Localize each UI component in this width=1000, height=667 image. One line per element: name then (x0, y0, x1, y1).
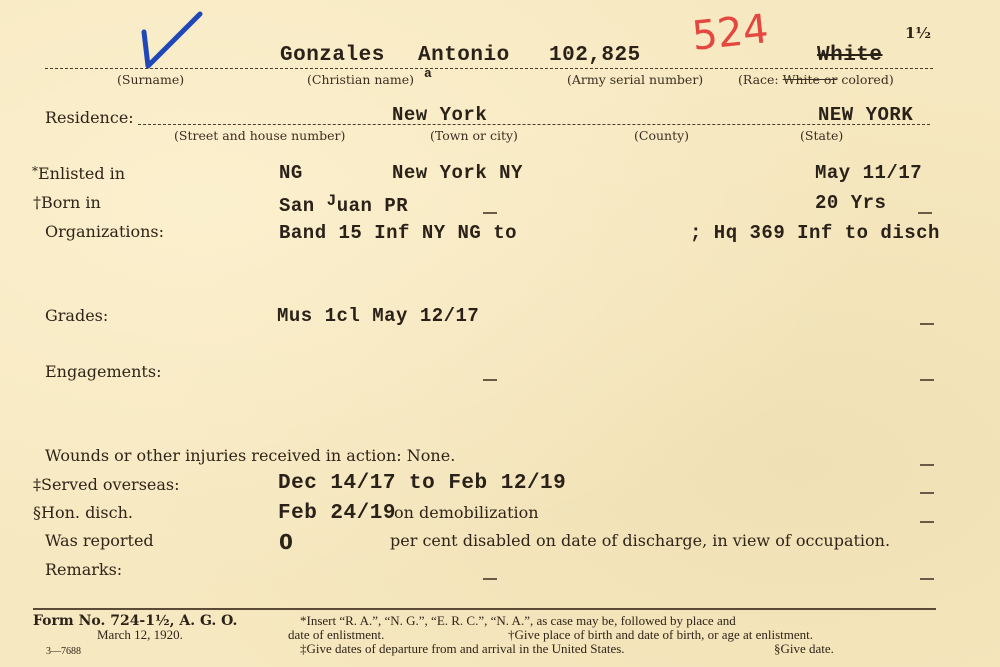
wounds-label-text: Wounds or other injuries received in act… (45, 446, 402, 465)
race-caption-prefix: (Race: (738, 72, 779, 87)
christian-name-value: Antonio (418, 44, 510, 67)
enlisted-type-value: NG (279, 162, 303, 184)
red-annotation: 524 (690, 6, 771, 60)
serial-value: 102,825 (549, 44, 641, 67)
print-code: 3—7688 (46, 646, 81, 657)
born-age-value: 20 Yrs (815, 192, 886, 214)
residence-state-value: NEW YORK (818, 104, 913, 126)
street-caption: (Street and house number) (174, 128, 345, 143)
wounds-dash (920, 464, 934, 466)
born-label: †Born in (33, 193, 101, 212)
race-caption-struck: White or (783, 72, 838, 87)
discharge-marker: § (33, 503, 41, 522)
overseas-dash (920, 492, 934, 494)
residence-label: Residence: (45, 108, 134, 127)
discharge-label-text: Hon. disch. (41, 503, 133, 522)
born-label-text: Born in (41, 193, 101, 212)
remarks-dash-2 (920, 578, 934, 580)
remarks-dash-1 (483, 578, 497, 580)
reported-label: Was reported (45, 531, 154, 550)
age-dash (918, 212, 932, 214)
born-dash (483, 212, 497, 214)
discharge-suffix: on demobilization (394, 503, 539, 522)
header-dotted-line (45, 68, 933, 69)
form-date: March 12, 1920. (97, 627, 183, 643)
discharge-value: Feb 24/19 (278, 502, 396, 525)
fraction-mark: 1½ (905, 24, 931, 42)
enlisted-date-value: May 11/17 (815, 162, 922, 184)
serial-caption: (Army serial number) (567, 72, 703, 87)
state-caption: (State) (800, 128, 843, 143)
discharge-dash (920, 521, 934, 523)
grades-value: Mus 1cl May 12/17 (277, 305, 479, 327)
wounds-label: Wounds or other injuries received in act… (45, 446, 455, 465)
residence-town-value: New York (392, 104, 487, 126)
enlisted-label: *Enlisted in (32, 164, 125, 183)
check-mark-icon (138, 8, 208, 70)
discharge-label: §Hon. disch. (33, 503, 133, 522)
born-place-value: San Juan PR (279, 192, 408, 217)
engagements-dash-2 (920, 379, 934, 381)
enlisted-label-text: Enlisted in (38, 164, 125, 183)
born-place-part-1: San (279, 195, 327, 217)
overseas-value: Dec 14/17 to Feb 12/19 (278, 472, 566, 495)
reported-suffix: per cent disabled on date of discharge, … (390, 531, 890, 550)
grades-label: Grades: (45, 306, 108, 325)
enlisted-place-value: New York NY (392, 162, 523, 184)
overseas-label-text: Served overseas: (41, 475, 180, 494)
residence-dotted-line (138, 124, 930, 125)
remarks-label: Remarks: (45, 560, 122, 579)
overseas-marker: ‡ (33, 475, 41, 494)
surname-caption: (Surname) (117, 72, 184, 87)
engagements-dash-1 (483, 379, 497, 381)
surname-value: Gonzales (280, 44, 385, 67)
engagements-label: Engagements: (45, 362, 161, 381)
race-caption: (Race: White or colored) (738, 72, 894, 87)
overseas-label: ‡Served overseas: (33, 475, 180, 494)
footnote-overseas: ‡Give dates of departure from and arriva… (300, 641, 625, 657)
race-caption-suffix: colored) (841, 72, 893, 87)
town-caption: (Town or city) (430, 128, 518, 143)
reported-value: 0 (279, 530, 293, 554)
county-caption: (County) (634, 128, 689, 143)
grades-dash (920, 323, 934, 325)
wounds-value: None. (407, 446, 456, 465)
organizations-value-2: ; Hq 369 Inf to disch (690, 222, 940, 244)
born-place-superscript: J (327, 192, 337, 210)
born-marker: † (33, 193, 41, 212)
footnote-discharge: §Give date. (774, 641, 834, 657)
race-value: White (817, 44, 883, 67)
organizations-label: Organizations: (45, 222, 164, 241)
footer-rule (33, 608, 936, 610)
christian-name-caption: (Christian name) (307, 72, 414, 87)
born-place-part-2: uan PR (337, 195, 408, 217)
organizations-value-1: Band 15 Inf NY NG to (279, 222, 517, 244)
